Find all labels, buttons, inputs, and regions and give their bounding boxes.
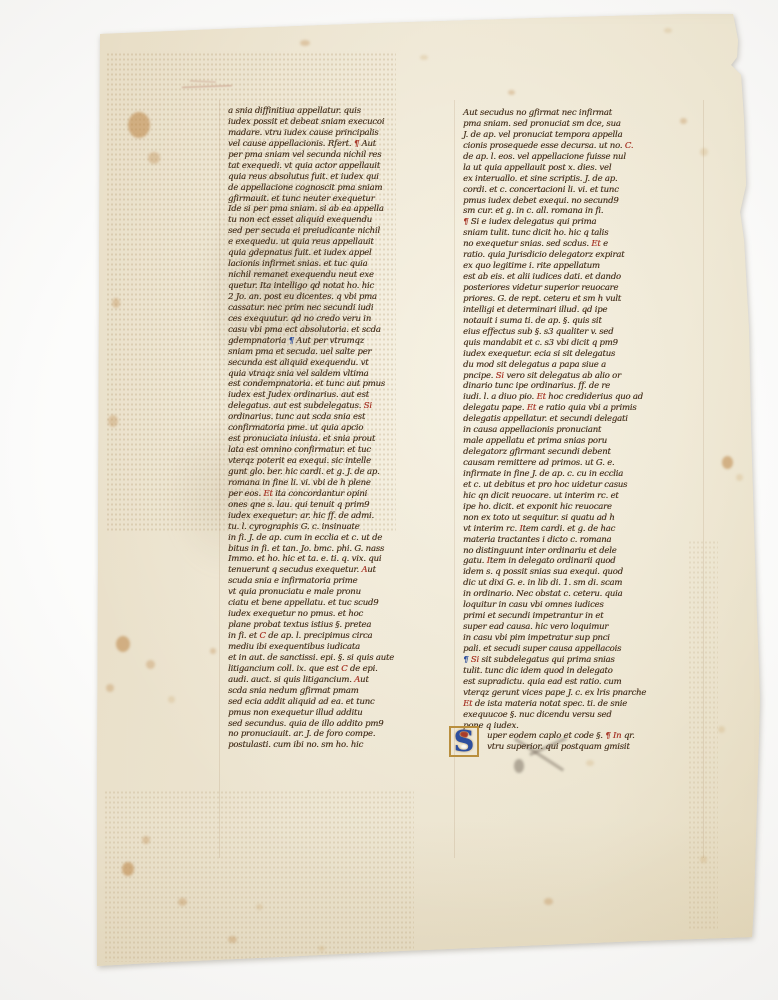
text-line: ex interuallo. et sine scriptis. J. de a…	[463, 174, 705, 185]
text-line: per pma sniam vel secunda nichil res	[228, 150, 464, 161]
text-line: audi. auct. si quis litigancium. Aut	[228, 675, 464, 686]
text-line: iudex possit et debeat sniam execucoi	[228, 117, 464, 128]
text-line: ciatu et bene appellatu. et tuc scud9	[228, 598, 464, 609]
text-line: posteriores videtur superior reuocare	[463, 283, 705, 294]
text-line: vterqz poterit ea exequi. sic intelle	[228, 456, 464, 467]
text-line: iudex exequetur. ecia si sit delegatus	[463, 349, 705, 360]
text-line: eius effectus sub §. s3 qualiter v. sed	[463, 327, 705, 338]
text-column-right: Aut secudus no gfirmat nec infirmatpma s…	[463, 108, 705, 753]
text-line: de ap. l. eos. vel appellacione fuisse n…	[463, 152, 705, 163]
text-line: dinario tunc ipe ordinarius. ff. de re	[463, 381, 705, 392]
text-line: a snia diffinitiua appellatur. quis	[228, 106, 464, 117]
text-line: sed secundus. quia de illo addito pm9	[228, 719, 464, 730]
text-line: delegatorz gfirmant secundi debent	[463, 447, 705, 458]
text-line: loquitur in casu vbi omnes iudices	[463, 600, 705, 611]
text-line: scuda snia e infirmatoria prime	[228, 576, 464, 587]
text-line: vterqz gerunt vices pape J. c. ex lris p…	[463, 688, 705, 699]
text-line: quis mandabit et c. s3 vbi dicit q pm9	[463, 338, 705, 349]
text-line: quia gdepnatus fuit. et iudex appel	[228, 248, 464, 259]
text-line: cionis prosequede esse decursa. ut no. C…	[463, 141, 705, 152]
text-line: quia reus absolutus fuit. et iudex qui	[228, 172, 464, 183]
foxing-spot	[112, 298, 120, 308]
text-line: confirmatoria pme. ut quia apcio	[228, 423, 464, 434]
text-line: per eos. Et ita concordantur opini	[228, 489, 464, 500]
text-line: est pronuciata iniusta. et snia prout	[228, 434, 464, 445]
text-line: ones qne s. lau. qui tenuit q prim9	[228, 500, 464, 511]
text-line: exequucoe §. nuc dicendu versu sed	[463, 710, 705, 721]
text-line: causam remittere ad primos. ut G. e.	[463, 458, 705, 469]
manuscript-leaf: a snia diffinitiua appellatur. quisiudex…	[0, 0, 778, 1000]
foxing-spot	[544, 898, 553, 905]
text-line: est condempnatoria. et tunc aut pmus	[228, 379, 464, 390]
text-line: ex quo legitime i. rite appellatum	[463, 261, 705, 272]
text-line: lata est omnino confirmatur. et tuc	[228, 445, 464, 456]
foxing-spot	[116, 636, 130, 652]
text-line: quetur. Ita intelligo qd notat ho. hic	[228, 281, 464, 292]
text-line: infirmate in fine J. de ap. c. cu in ecc…	[463, 469, 705, 480]
leaf-shadow: a snia diffinitiua appellatur. quisiudex…	[0, 0, 778, 1000]
text-line: in fi. J. de ap. cum in ecclia et c. ut …	[228, 533, 464, 544]
foxing-spot	[122, 862, 134, 876]
text-line: pncipe. Si vero sit delegatus ab alio or	[463, 371, 705, 382]
text-line: sniam pma et secuda. uel salte per	[228, 347, 464, 358]
text-line: ¶ Si sit subdelegatus qui prima snias	[463, 655, 705, 666]
text-line: casu vbi pma ect absolutoria. et scda	[228, 325, 464, 336]
foxing-spot	[108, 415, 118, 427]
text-line: 2 Jo. an. post eu dicentes. q vbi pma	[228, 292, 464, 303]
text-line: tenuerunt q secudus exequetur. Aut	[228, 565, 464, 576]
text-line: cassatur. nec prim nec secundi iudi	[228, 303, 464, 314]
text-line: pone q iudex.	[463, 721, 705, 732]
text-line: sed ecia addit aliquid ad ea. et tunc	[228, 697, 464, 708]
initial-letter: S	[451, 724, 477, 758]
text-line: ratio. quia Jurisdicio delegatorz expira…	[463, 250, 705, 261]
text-line: romana in fine li. vi. vbi de h plene	[228, 478, 464, 489]
text-line: sm cur. et g. in c. all. romana in fi.	[463, 206, 705, 217]
text-line: non ex toto ut sequitur. si quatu ad h	[463, 513, 705, 524]
text-line: Ide si per pma sniam. si ab ea appella	[228, 204, 464, 215]
foxing-spot	[148, 152, 160, 164]
text-line: intelligi et determinari illud. qd ipe	[463, 305, 705, 316]
text-line: delegatu pape. Et e ratio quia vbi a pri…	[463, 403, 705, 414]
text-line: tulit. tunc dic idem quod in delegato	[463, 666, 705, 677]
foxing-spot	[508, 90, 515, 95]
text-line: Immo. et ho. hic et ta. e. ti. q. vix. q…	[228, 554, 464, 565]
text-line: in ordinario. Nec obstat c. ceteru. quia	[463, 589, 705, 600]
text-line: no pronuciauit. ar. J. de foro compe.	[228, 729, 464, 740]
text-line: nichil remanet exequendu neut exe	[228, 270, 464, 281]
foxing-spot	[420, 55, 428, 60]
text-line: pmus non exequetur illud additu	[228, 708, 464, 719]
text-line: postulasti. cum ibi no. sm ho. hic	[228, 740, 464, 751]
text-line: hic qn dicit reuocare. ut interim rc. et	[463, 491, 705, 502]
text-line: iudex exequetur no pmus. et hoc	[228, 609, 464, 620]
text-line: gunt glo. ber. hic cardi. et g. J. de ap…	[228, 467, 464, 478]
text-line: est ab eis. et alii iudices dati. et dan…	[463, 272, 705, 283]
text-line: vt interim rc. Item cardi. et g. de hac	[463, 524, 705, 535]
text-line: quia vtraqz snia vel saldem vltima	[228, 369, 464, 380]
text-line: vel cause appellacionis. Rfert. ¶ Aut	[228, 139, 464, 150]
text-line: pma sniam. sed pronuciat sm dce, sua	[463, 119, 705, 130]
text-line: secunda est aliquid exequendu. vt	[228, 358, 464, 369]
text-line: idem s. q possit snias sua exequi. quod	[463, 567, 705, 578]
text-line: et in aut. de sanctissi. epi. §. si quis…	[228, 653, 464, 664]
foxing-spot	[228, 936, 237, 943]
text-line: madare. vtru iudex cause principalis	[228, 128, 464, 139]
text-line: tat exequedi. vt quia actor appellauit	[228, 161, 464, 172]
illuminated-initial: S	[449, 726, 479, 757]
text-line: gdempnatoria ¶ Aut per vtrumqz	[228, 336, 464, 347]
vellum-speckle-band	[104, 790, 414, 962]
text-line: e exequedu. ut quia reus appellauit	[228, 237, 464, 248]
photo-background: a snia diffinitiua appellatur. quisiudex…	[0, 0, 778, 1000]
text-line: in fi. et C de ap. l. precipimus circa	[228, 631, 464, 642]
foxing-spot	[664, 28, 672, 33]
foxing-spot	[736, 474, 743, 481]
text-line: materia tractantes i dicto c. romana	[463, 535, 705, 546]
text-line: ipe ho. dicit. et exponit hic reuocare	[463, 502, 705, 513]
text-line: lacionis infirmet snias. et tuc quia	[228, 259, 464, 270]
foxing-spot	[256, 904, 263, 910]
text-line: pmus iudex debet exequi. no secund9	[463, 196, 705, 207]
text-line: male appellatu et prima snias poru	[463, 436, 705, 447]
text-line: gfirmauit. et tunc neuter exequetur	[228, 194, 464, 205]
text-line: bitus in fi. et tan. Jo. bmc. phi. G. na…	[228, 544, 464, 555]
text-line: gatu. Item in delegato ordinarii quod	[463, 556, 705, 567]
text-line: vt quia pronuciatu e male pronu	[228, 587, 464, 598]
faded-inscription	[182, 78, 236, 94]
foxing-spot	[722, 456, 733, 469]
text-line: Et de ista materia notat spec. ti. de sn…	[463, 699, 705, 710]
text-line: cordi. et c. concertacioni li. vi. et tu…	[463, 185, 705, 196]
text-line: delegatis appellatur. et secundi delegat…	[463, 414, 705, 425]
text-line: ordinarius. tunc aut scda snia est	[228, 412, 464, 423]
text-line: in casu vbi pim impetratur sup pnci	[463, 633, 705, 644]
text-line: est supradictu. quia ead est ratio. cum	[463, 677, 705, 688]
text-line: mediu ibi exequentibus iudicata	[228, 642, 464, 653]
text-line: tu. l. cyrographis G. c. insinuate	[228, 522, 464, 533]
text-line: dic ut dixi G. e. in lib di. 1. sm di. s…	[463, 578, 705, 589]
text-line: et c. ut debitus et pro hoc uidetur casu…	[463, 480, 705, 491]
text-line: scda snia nedum gfirmat pmam	[228, 686, 464, 697]
text-line: sniam tulit. tunc dicit ho. hic q talis	[463, 228, 705, 239]
text-line: delegatus. aut est subdelegatus. Si	[228, 401, 464, 412]
text-line: priores. G. de rept. ceteru et sm h vult	[463, 294, 705, 305]
foxing-spot	[168, 696, 175, 703]
foxing-spot	[106, 684, 114, 692]
foxing-spot	[718, 726, 725, 733]
text-line: primi et secundi impetrantur in et	[463, 611, 705, 622]
foxing-spot	[142, 836, 150, 844]
text-line: notauit i suma ti. de ap. §. quis sit	[463, 316, 705, 327]
foxing-spot	[210, 648, 216, 654]
foxing-spot	[300, 40, 310, 46]
text-line: Aut secudus no gfirmat nec infirmat	[463, 108, 705, 119]
text-line: sed per secuda ei preiudicante nichil	[228, 226, 464, 237]
text-line: iudi. l. a diuo pio. Et hoc crediderius …	[463, 392, 705, 403]
foxing-spot	[128, 112, 150, 138]
foxing-spot	[318, 946, 325, 951]
text-line: iudex est Judex ordinarius. aut est	[228, 390, 464, 401]
text-line: tu non ect esset aliquid exequendu	[228, 215, 464, 226]
text-line: de appellacione cognoscit pma sniam	[228, 183, 464, 194]
ink-smudge	[498, 733, 590, 781]
text-line: la ut quia appellauit post x. dies. vel	[463, 163, 705, 174]
text-line: no exequetur snias. sed scdus. Et e	[463, 239, 705, 250]
text-line: pali. et secudi super causa appellacois	[463, 644, 705, 655]
text-line: plane probat textus istius §. pretea	[228, 620, 464, 631]
foxing-spot	[178, 898, 187, 906]
foxing-spot	[146, 660, 155, 669]
text-line: super ead causa. hic vero loquimur	[463, 622, 705, 633]
ruling-line	[219, 100, 220, 858]
text-line: J. de ap. vel pronuciat tempora appella	[463, 130, 705, 141]
text-line: litigancium coll. ix. que est C de epi.	[228, 664, 464, 675]
text-line: du mod sit delegatus a papa siue a	[463, 360, 705, 371]
text-column-left: a snia diffinitiua appellatur. quisiudex…	[228, 106, 464, 751]
text-line: ¶ Si e iudex delegatus qui prima	[463, 217, 705, 228]
text-line: in causa appellacionis pronuciant	[463, 425, 705, 436]
text-line: ces exequutur. qd no credo veru in	[228, 314, 464, 325]
text-line: no distinguunt inter ordinariu et dele	[463, 546, 705, 557]
text-line: iudex exequetur: ar. hic ff. de admi.	[228, 511, 464, 522]
